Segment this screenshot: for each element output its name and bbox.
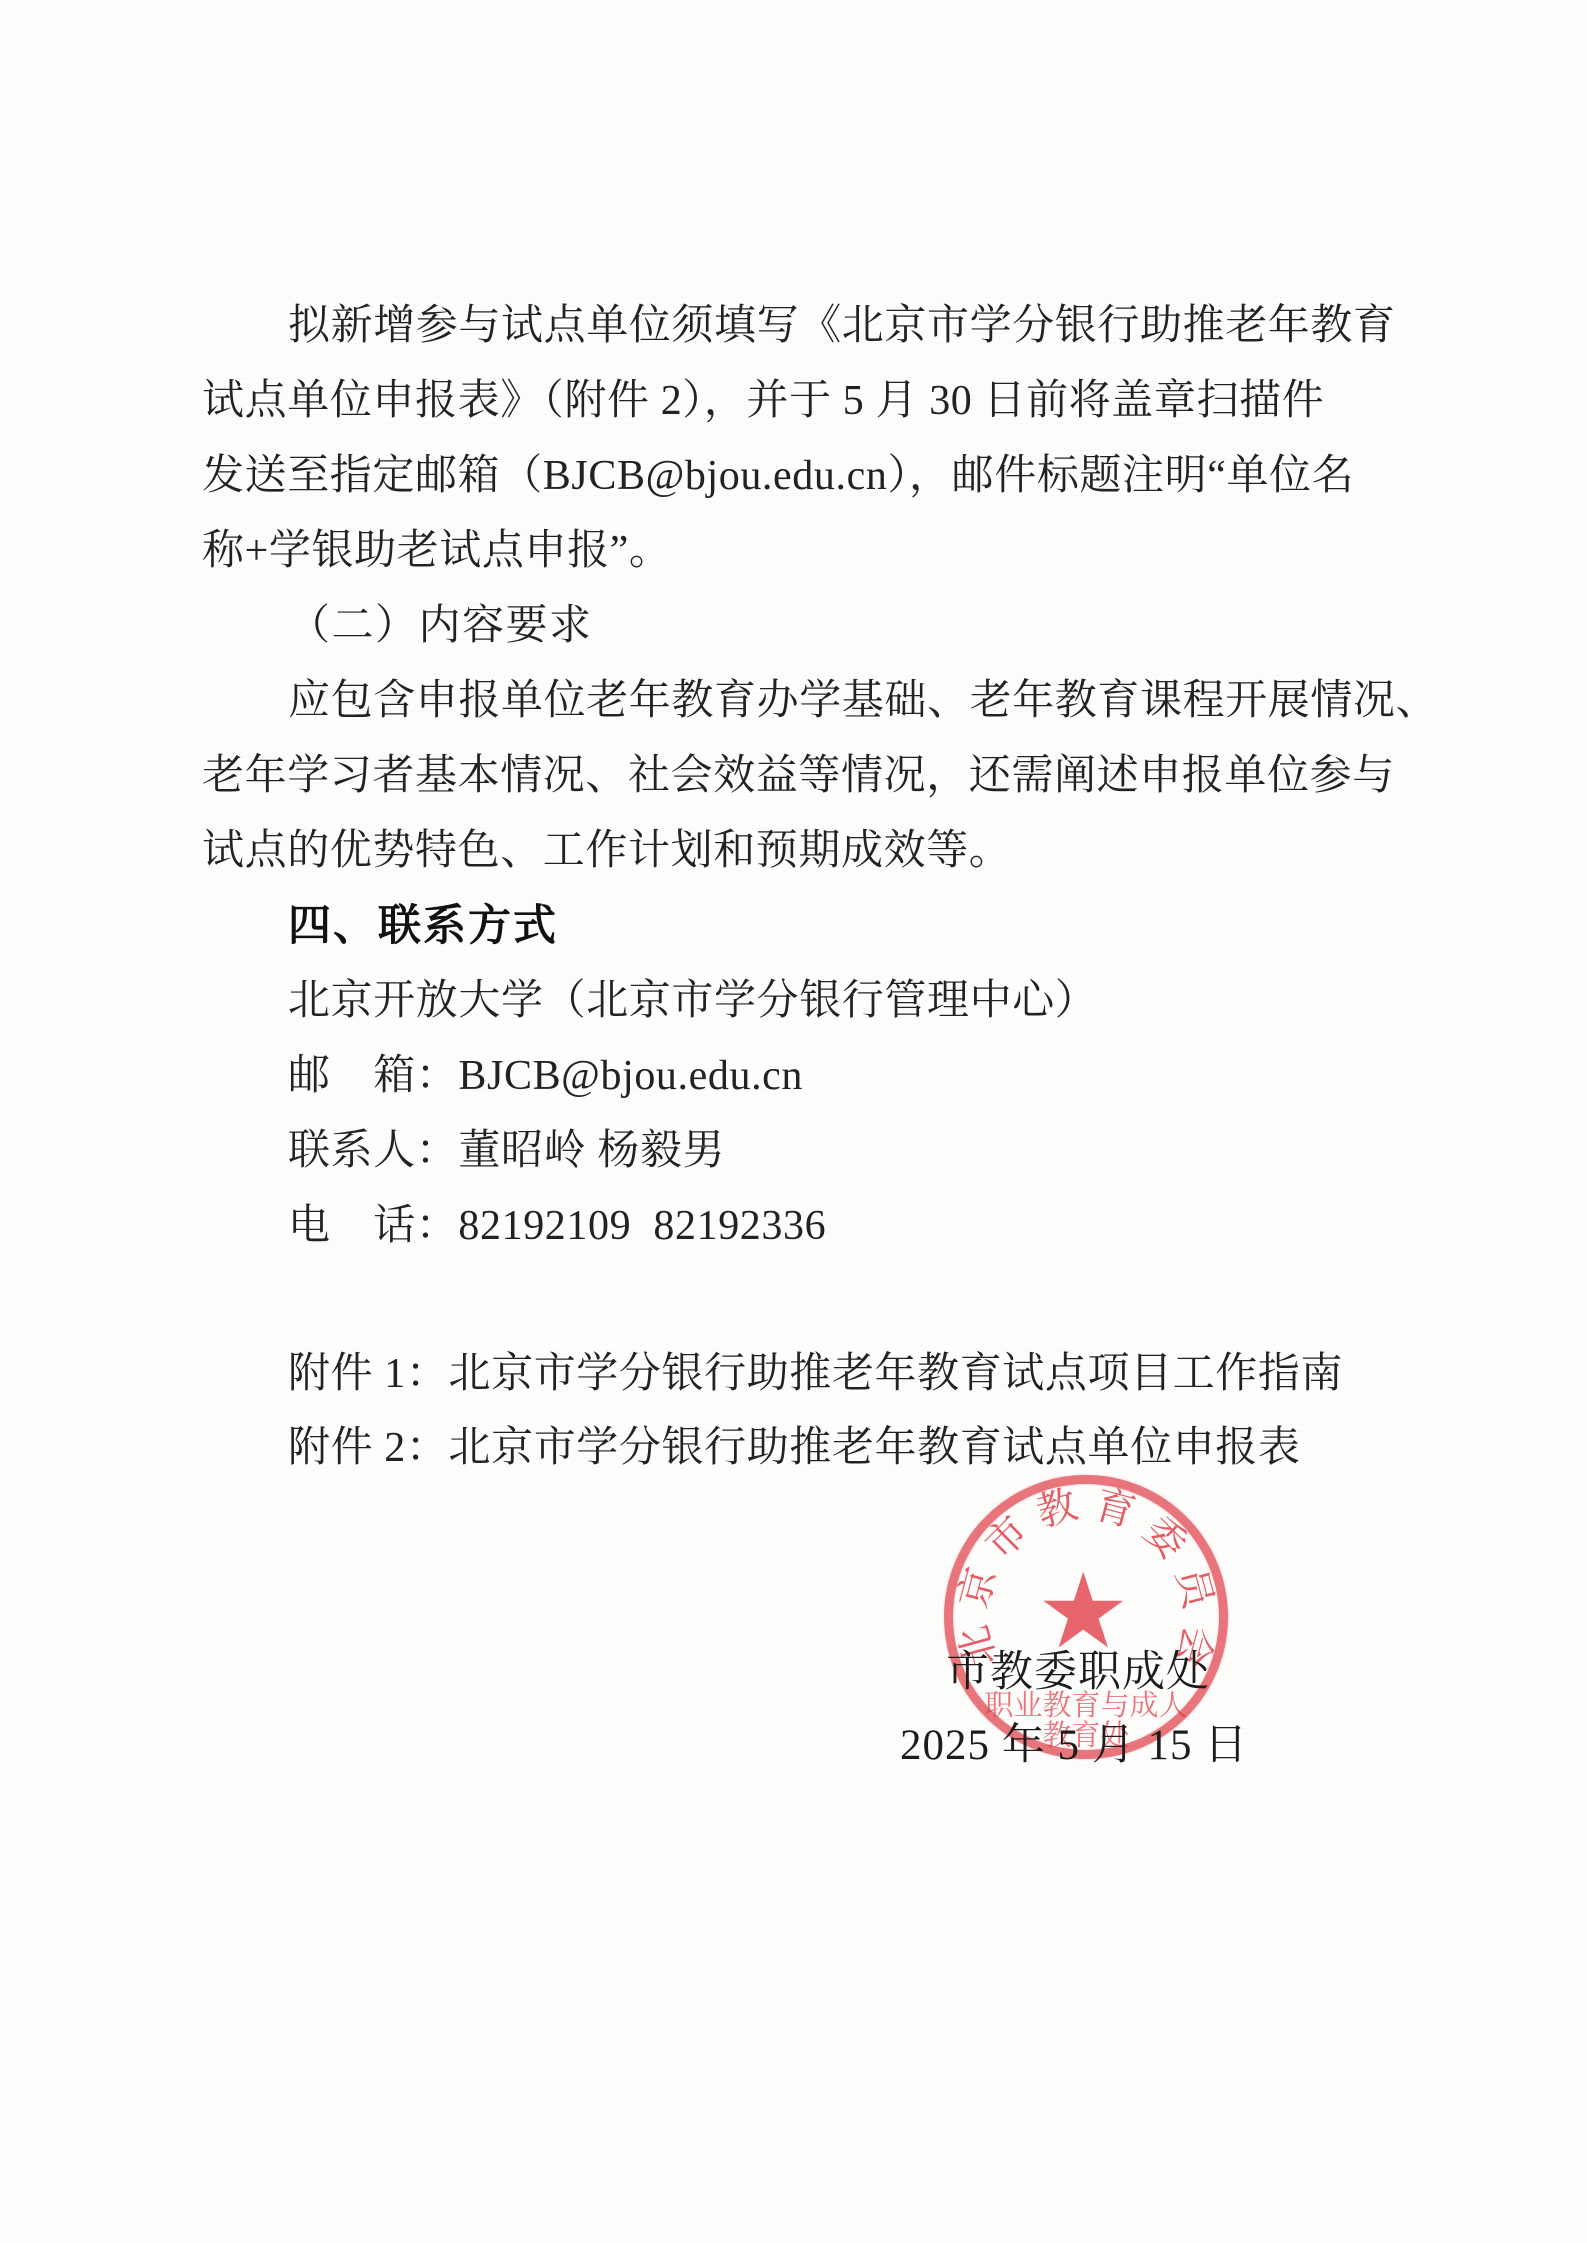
contact-email-line: 邮 箱：BJCB@bjou.edu.cn <box>288 1053 803 1099</box>
contact-org-line: 北京开放大学（北京市学分银行管理中心） <box>288 978 1097 1024</box>
document-page: { "content": { "para1": [ "拟新增参与试点单位须填写《… <box>0 0 1587 2243</box>
body-line: 老年学习者基本情况、社会效益等情况，还需阐述申报单位参与 <box>202 753 1395 799</box>
contact-person-line: 联系人：董昭岭 杨毅男 <box>288 1128 725 1174</box>
contact-phone-line: 电 话：82192109 82192336 <box>288 1203 826 1249</box>
body-line: 拟新增参与试点单位须填写《北京市学分银行助推老年教育 <box>288 303 1396 349</box>
signature-date: 2025 年 5 月 15 日 <box>900 1723 1248 1769</box>
body-line: 应包含申报单位老年教育办学基础、老年教育课程开展情况、 <box>288 678 1438 724</box>
body-line: 发送至指定邮箱（BJCB@bjou.edu.cn），邮件标题注明“单位名 <box>202 453 1354 499</box>
body-line: 试点单位申报表》（附件 2），并于 5 月 30 日前将盖章扫描件 <box>202 378 1324 424</box>
document-body: 拟新增参与试点单位须填写《北京市学分银行助推老年教育 试点单位申报表》（附件 2… <box>0 0 1587 2243</box>
official-seal: 北京市教育委员会 ★ 职业教育与成人 教育处 <box>944 1475 1228 1759</box>
section-heading: 四、联系方式 <box>288 903 558 949</box>
attachment-line-2: 附件 2：北京市学分银行助推老年教育试点单位申报表 <box>288 1425 1301 1471</box>
seal-star-icon: ★ <box>1037 1559 1130 1663</box>
sub-heading: （二）内容要求 <box>288 603 593 649</box>
body-line: 称+学银助老试点申报”。 <box>202 528 672 574</box>
body-line: 试点的优势特色、工作计划和预期成效等。 <box>202 828 1011 874</box>
signature-department: 市教委职成处 <box>946 1650 1210 1696</box>
attachment-line-1: 附件 1：北京市学分银行助推老年教育试点项目工作指南 <box>288 1351 1343 1397</box>
